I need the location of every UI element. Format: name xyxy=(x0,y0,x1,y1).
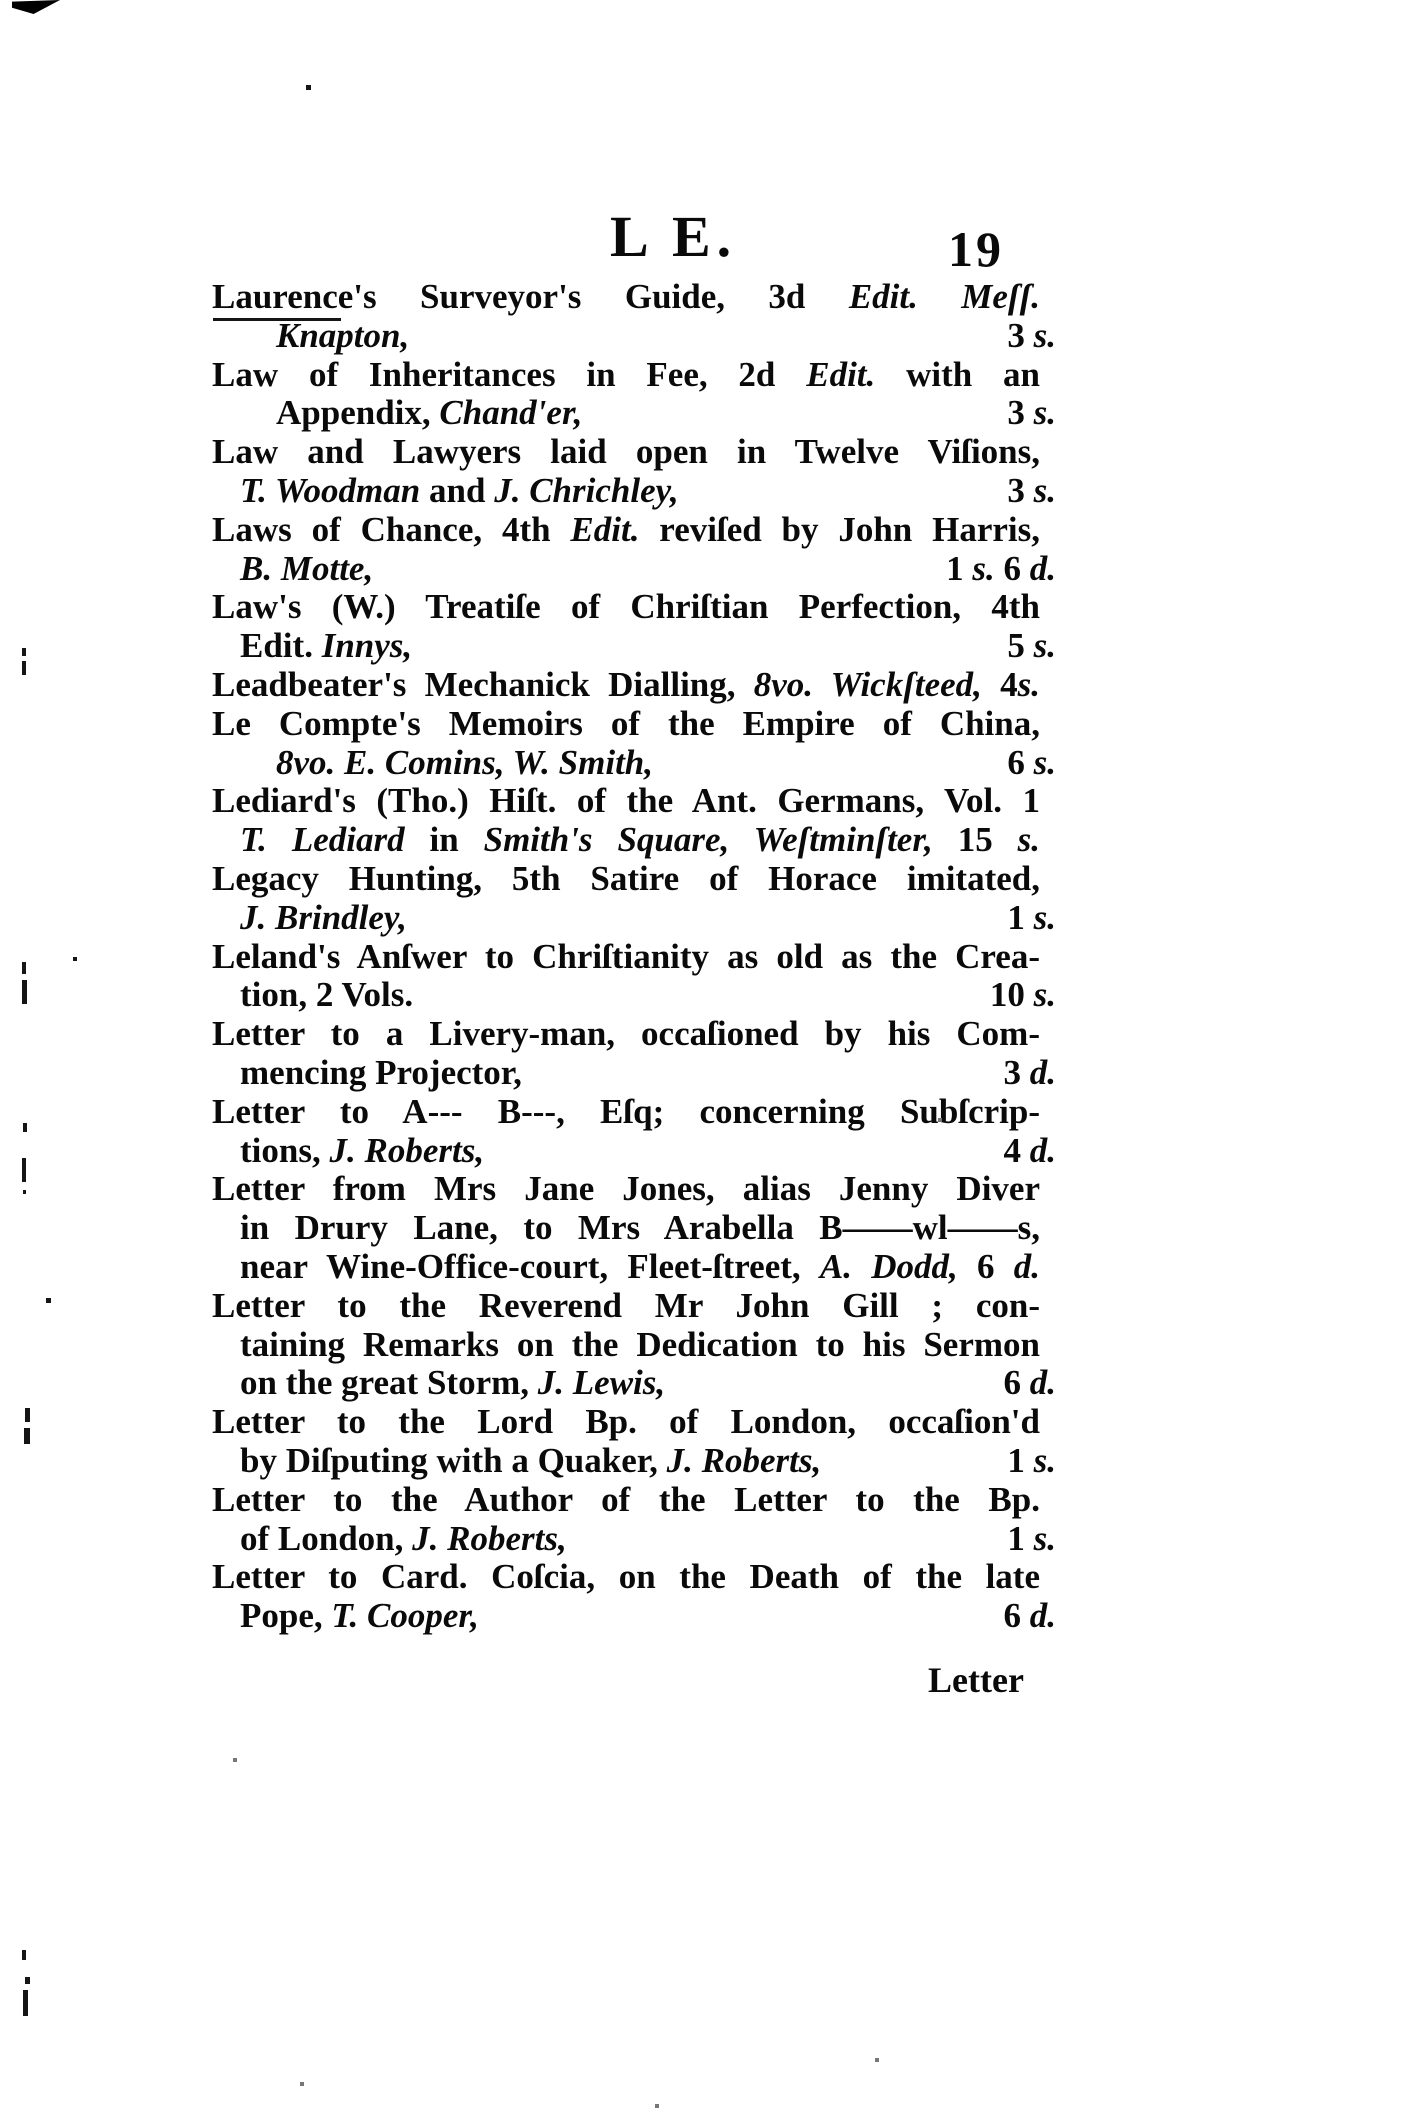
entry-line: near Wine-Office-court, Fleet-ſtreet, A.… xyxy=(212,1248,1040,1287)
entry-line: B. Motte,1 s. 6 d. xyxy=(212,550,1040,589)
text-segment: 8vo. Wickſteed, xyxy=(754,665,982,704)
entry-line: T. Woodman and J. Chrichley,3 s. xyxy=(212,472,1040,511)
ink-speck xyxy=(875,2058,879,2062)
text-segment: Edit. xyxy=(240,626,322,665)
text-segment: s. xyxy=(1034,898,1056,937)
text-segment: Edit. Meſſ. xyxy=(849,277,1040,316)
text-segment: 5 xyxy=(1007,626,1033,665)
text-segment: s. xyxy=(1034,471,1056,510)
entry-line: Knapton,3 s. xyxy=(212,317,1040,356)
ink-speck xyxy=(22,661,26,675)
text-segment: Letter to the Author of the Letter to th… xyxy=(212,1480,1040,1519)
text-segment: Letter to a Livery-man, occaſioned by hi… xyxy=(212,1014,1040,1053)
ink-blob-corner xyxy=(12,0,60,14)
ink-speck xyxy=(25,1408,30,1422)
text-segment: Le Compte's Memoirs of the Empire of Chi… xyxy=(212,704,1040,743)
text-segment: 10 xyxy=(990,975,1034,1014)
text-segment: d. xyxy=(1030,1596,1056,1635)
entry-line: Leadbeater's Mechanick Dialling, 8vo. Wi… xyxy=(212,666,1040,705)
text-segment: Laurence's Surveyor's Guide, 3d xyxy=(212,277,849,316)
catalog-lines: Laurence's Surveyor's Guide, 3d Edit. Me… xyxy=(212,278,1040,1636)
text-segment: J. Chrichley, xyxy=(494,471,678,510)
text-segment: d. xyxy=(1014,1247,1040,1286)
text-segment: J. Roberts, xyxy=(412,1519,567,1558)
entry-line: 8vo. E. Comins, W. Smith,6 s. xyxy=(212,744,1040,783)
text-segment: 1 xyxy=(946,549,972,588)
text-segment: Innys, xyxy=(322,626,412,665)
ink-speck xyxy=(25,1977,30,1984)
ink-speck xyxy=(938,1118,942,1122)
text-segment: 3 xyxy=(1007,316,1033,355)
text-segment: Law of Inheritances in Fee, 2d xyxy=(212,355,806,394)
text-segment: 4 xyxy=(982,665,1018,704)
entry-line: Letter to the Author of the Letter to th… xyxy=(212,1481,1040,1520)
text-segment: Knapton, xyxy=(276,316,409,355)
text-segment: B. Motte, xyxy=(240,549,373,588)
entry-line: Legacy Hunting, 5th Satire of Horace imi… xyxy=(212,860,1040,899)
text-segment: 3 xyxy=(1004,1053,1030,1092)
scanned-book-page: L E. 19 Laurence's Surveyor's Guide, 3d … xyxy=(0,0,1412,2120)
text-segment: J. Lewis, xyxy=(538,1363,665,1402)
entry-line: Law and Lawyers laid open in Twelve Viſi… xyxy=(212,433,1040,472)
entry-line: Letter to Card. Coſcia, on the Death of … xyxy=(212,1558,1040,1597)
catchword: Letter xyxy=(928,1659,1024,1701)
price: 5 s. xyxy=(1007,627,1056,666)
text-segment: 6 xyxy=(995,549,1030,588)
entry-line: mencing Projector,3 d. xyxy=(212,1054,1040,1093)
text-segment: Law and Lawyers laid open in Twelve Viſi… xyxy=(212,432,1040,471)
price: 1 s. xyxy=(1007,1520,1056,1559)
entry-line: Letter to A--- B---, Eſq; concerning Sub… xyxy=(212,1093,1040,1132)
text-segment: 6 xyxy=(1004,1596,1030,1635)
text-segment: Letter to A--- B---, Eſq; concerning Sub… xyxy=(212,1092,1040,1131)
text-segment: on the great Storm, xyxy=(240,1363,538,1402)
entry-line: tions, J. Roberts,4 d. xyxy=(212,1132,1040,1171)
entry-line: Laws of Chance, 4th Edit. reviſed by Joh… xyxy=(212,511,1040,550)
text-segment: 3 xyxy=(1007,393,1033,432)
entry-line: taining Remarks on the Dedication to his… xyxy=(212,1326,1040,1365)
text-segment: Laws of Chance, 4th xyxy=(212,510,570,549)
entry-line: Lediard's (Tho.) Hiſt. of the Ant. Germa… xyxy=(212,782,1040,821)
text-segment: s. xyxy=(1018,820,1040,859)
ink-speck xyxy=(73,957,77,961)
text-segment: Edit. xyxy=(570,510,639,549)
text-segment: 1 xyxy=(1007,1441,1033,1480)
entry-line: Law's (W.) Treatiſe of Chriſtian Perfect… xyxy=(212,588,1040,627)
ink-speck xyxy=(22,962,26,974)
text-segment: Chand'er, xyxy=(439,393,582,432)
price: 10 s. xyxy=(990,976,1056,1015)
price: 3 s. xyxy=(1007,472,1056,511)
text-segment: s. xyxy=(1034,1441,1056,1480)
text-segment: tion, 2 Vols. xyxy=(240,975,413,1014)
text-segment: Leadbeater's Mechanick Dialling, xyxy=(212,665,754,704)
ink-speck xyxy=(655,2104,659,2108)
text-segment: Appendix, xyxy=(276,393,439,432)
ink-speck xyxy=(300,2082,304,2086)
text-segment: Letter to Card. Coſcia, on the Death of … xyxy=(212,1557,1040,1596)
text-segment: T. Cooper, xyxy=(331,1596,479,1635)
text-segment: mencing Projector, xyxy=(240,1053,522,1092)
text-segment: of London, xyxy=(240,1519,412,1558)
text-segment: T. Woodman xyxy=(240,471,420,510)
entry-line: Pope, T. Cooper,6 d. xyxy=(212,1597,1040,1636)
entry-line: Appendix, Chand'er,3 s. xyxy=(212,394,1040,433)
text-segment: 6 xyxy=(1004,1363,1030,1402)
entry-line: Law of Inheritances in Fee, 2d Edit. wit… xyxy=(212,356,1040,395)
text-segment: s. xyxy=(972,549,994,588)
price: 6 s. xyxy=(1007,744,1056,783)
text-segment: by Diſputing with a Quaker, xyxy=(240,1441,667,1480)
text-segment: 8vo. E. Comins, W. Smith, xyxy=(276,743,653,782)
entry-line: Leland's Anſwer to Chriſtianity as old a… xyxy=(212,938,1040,977)
text-segment: J. Roberts, xyxy=(329,1131,484,1170)
text-segment: 1 xyxy=(1007,898,1033,937)
text-segment: in Drury Lane, to Mrs Arabella B——wl——s, xyxy=(240,1208,1040,1247)
text-segment: s. xyxy=(1034,393,1056,432)
entry-line: Letter to a Livery-man, occaſioned by hi… xyxy=(212,1015,1040,1054)
entry-line: Edit. Innys,5 s. xyxy=(212,627,1040,666)
text-segment: 4 xyxy=(1004,1131,1030,1170)
page-number: 19 xyxy=(948,224,1004,274)
entry-line: by Diſputing with a Quaker, J. Roberts,1… xyxy=(212,1442,1040,1481)
ink-speck xyxy=(22,1158,26,1182)
text-segment: and xyxy=(420,471,494,510)
entry-line: Laurence's Surveyor's Guide, 3d Edit. Me… xyxy=(212,278,1040,317)
text-segment: Letter to the Lord Bp. of London, occaſi… xyxy=(212,1402,1040,1441)
price: 6 d. xyxy=(1004,1597,1057,1636)
entry-line: of London, J. Roberts,1 s. xyxy=(212,1520,1040,1559)
text-segment: Lediard's (Tho.) Hiſt. of the Ant. Germa… xyxy=(212,781,1040,820)
entry-line: in Drury Lane, to Mrs Arabella B——wl——s, xyxy=(212,1209,1040,1248)
text-segment: T. Lediard xyxy=(240,820,405,859)
text-segment: Pope, xyxy=(240,1596,331,1635)
text-segment: 1 xyxy=(1007,1519,1033,1558)
text-segment: s. xyxy=(1034,743,1056,782)
text-segment: Leland's Anſwer to Chriſtianity as old a… xyxy=(212,937,1040,976)
ink-speck xyxy=(233,1758,237,1762)
entry-line: J. Brindley,1 s. xyxy=(212,899,1040,938)
entry-line: T. Lediard in Smith's Square, Weſtminſte… xyxy=(212,821,1040,860)
ink-speck xyxy=(22,980,27,1004)
text-segment: s. xyxy=(1034,975,1056,1014)
text-segment: 6 xyxy=(958,1247,1014,1286)
ink-speck xyxy=(46,1298,51,1303)
text-segment: d. xyxy=(1030,1131,1056,1170)
price: 3 s. xyxy=(1007,394,1056,433)
text-segment: d. xyxy=(1030,1053,1056,1092)
text-segment: Legacy Hunting, 5th Satire of Horace imi… xyxy=(212,859,1040,898)
entry-line: Le Compte's Memoirs of the Empire of Chi… xyxy=(212,705,1040,744)
text-segment: A. Dodd, xyxy=(820,1247,958,1286)
running-title: L E. xyxy=(610,208,737,266)
price: 4 d. xyxy=(1004,1132,1057,1171)
text-segment: reviſed by John Harris, xyxy=(639,510,1040,549)
entry-line: Letter to the Reverend Mr John Gill ; co… xyxy=(212,1287,1040,1326)
text-segment: 3 xyxy=(1007,471,1033,510)
ink-speck xyxy=(24,1428,30,1444)
text-segment: Edit. xyxy=(806,355,875,394)
ink-speck xyxy=(213,318,341,321)
text-segment: s. xyxy=(1018,665,1040,704)
entry-line: Letter from Mrs Jane Jones, alias Jenny … xyxy=(212,1170,1040,1209)
ink-speck xyxy=(23,1990,28,2016)
text-segment: Letter to the Reverend Mr John Gill ; co… xyxy=(212,1286,1040,1325)
ink-speck xyxy=(22,1950,26,1960)
text-segment: s. xyxy=(1034,1519,1056,1558)
text-segment: d. xyxy=(1030,549,1056,588)
text-segment: J. Roberts, xyxy=(667,1441,822,1480)
entry-line: Letter to the Lord Bp. of London, occaſi… xyxy=(212,1403,1040,1442)
price: 1 s. xyxy=(1007,899,1056,938)
text-segment: tions, xyxy=(240,1131,329,1170)
price: 6 d. xyxy=(1004,1364,1057,1403)
text-segment: d. xyxy=(1030,1363,1056,1402)
price: 1 s. 6 d. xyxy=(946,550,1056,589)
text-segment: with an xyxy=(875,355,1040,394)
price: 1 s. xyxy=(1007,1442,1056,1481)
text-segment: taining Remarks on the Dedication to his… xyxy=(240,1325,1040,1364)
price: 3 s. xyxy=(1007,317,1056,356)
entry-line: on the great Storm, J. Lewis,6 d. xyxy=(212,1364,1040,1403)
text-segment: s. xyxy=(1034,626,1056,665)
text-segment: Law's (W.) Treatiſe of Chriſtian Perfect… xyxy=(212,587,1040,626)
text-segment: Smith's Square, Weſtminſter, xyxy=(484,820,933,859)
entry-line: tion, 2 Vols.10 s. xyxy=(212,976,1040,1015)
ink-speck xyxy=(306,85,311,90)
text-segment: J. Brindley, xyxy=(240,898,407,937)
text-segment: 15 xyxy=(933,820,1018,859)
text-segment: in xyxy=(405,820,484,859)
text-segment: Letter from Mrs Jane Jones, alias Jenny … xyxy=(212,1169,1040,1208)
text-segment: near Wine-Office-court, Fleet-ſtreet, xyxy=(240,1247,820,1286)
ink-speck xyxy=(23,1123,27,1132)
ink-speck xyxy=(22,648,26,656)
text-segment: 6 xyxy=(1007,743,1033,782)
text-segment: s. xyxy=(1034,316,1056,355)
price: 3 d. xyxy=(1004,1054,1057,1093)
ink-speck xyxy=(23,1190,26,1194)
